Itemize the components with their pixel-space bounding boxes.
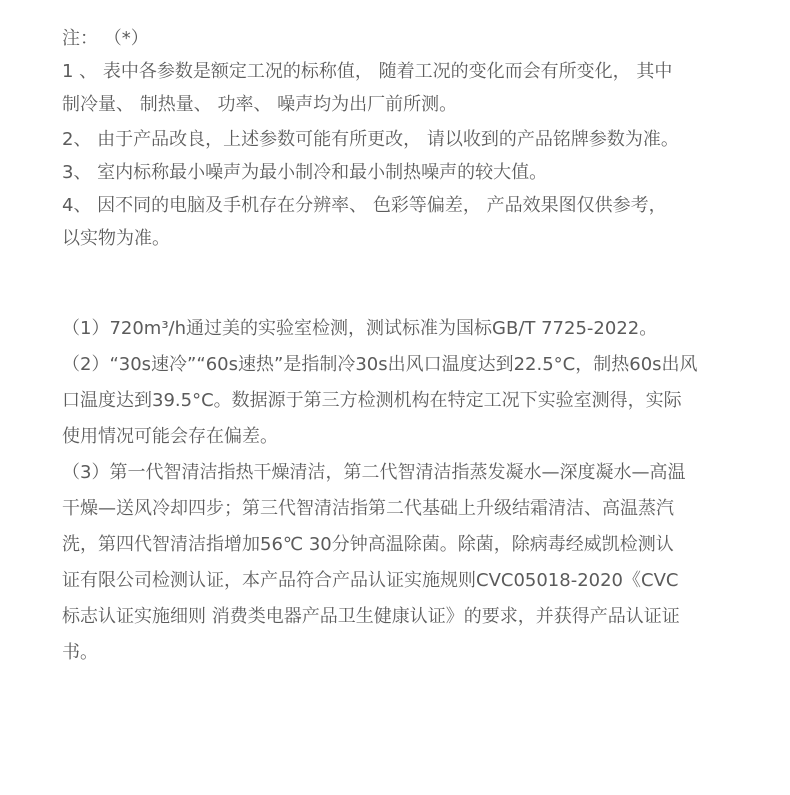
notes-header: 注： （*） (62, 22, 762, 55)
footnote-line: 标志认证实施细则 消费类电器产品卫生健康认证》的要求，并获得产品认证证 (62, 599, 752, 635)
footnote-line: （3）第一代智清洁指热干燥清洁，第二代智清洁指蒸发凝水—深度凝水—高温 (62, 455, 752, 491)
note-line: 制冷量、 制热量、 功率、 噪声均为出厂前所测。 (62, 88, 762, 121)
footnotes-section: （1）720m³/h通过美的实验室检测，测试标准为国标GB/T 7725-202… (62, 311, 752, 671)
note-line: 1 、 表中各参数是额定工况的标称值， 随着工况的变化而会有所变化， 其中 (62, 55, 762, 88)
note-line: 2、 由于产品改良，上述参数可能有所更改， 请以收到的产品铭牌参数为准。 (62, 123, 762, 156)
note-line: 4、 因不同的电脑及手机存在分辨率、 色彩等偏差， 产品效果图仅供参考， (62, 189, 762, 222)
footnote-line: 证有限公司检测认证，本产品符合产品认证实施规则CVC05018-2020《CVC (62, 563, 752, 599)
note-line: 3、 室内标称最小噪声为最小制冷和最小制热噪声的较大值。 (62, 156, 762, 189)
footnote-line: 书。 (62, 635, 752, 671)
footnote-line: 洗，第四代智清洁指增加56℃ 30分钟高温除菌。除菌，除病毒经威凯检测认 (62, 527, 752, 563)
footnote-line: （1）720m³/h通过美的实验室检测，测试标准为国标GB/T 7725-202… (62, 311, 752, 347)
footnote-line: 干燥—送风冷却四步；第三代智清洁指第二代基础上升级结霜清洁、高温蒸汽 (62, 491, 752, 527)
notes-section: 注： （*） 1 、 表中各参数是额定工况的标称值， 随着工况的变化而会有所变化… (62, 22, 762, 255)
footnote-line: （2）“30s速冷”“60s速热”是指制冷30s出风口温度达到22.5°C，制热… (62, 347, 752, 383)
footnote-line: 使用情况可能会存在偏差。 (62, 419, 752, 455)
note-line: 以实物为准。 (62, 222, 762, 255)
footnote-line: 口温度达到39.5°C。数据源于第三方检测机构在特定工况下实验室测得，实际 (62, 383, 752, 419)
